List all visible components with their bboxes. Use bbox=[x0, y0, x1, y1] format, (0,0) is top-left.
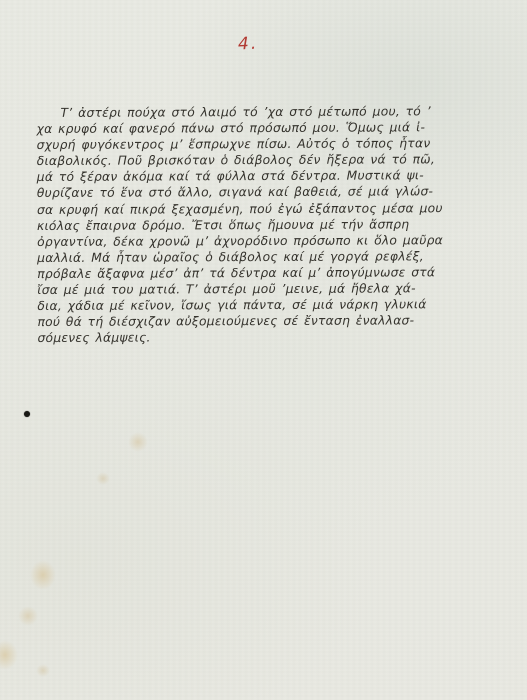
manuscript-line: ὀργαντίνα, δέκα χρονῶ μ’ ἀχνορόδινο πρόσ… bbox=[37, 232, 509, 250]
stain bbox=[96, 472, 110, 485]
manuscript-line: σόμενες λάμψεις. bbox=[37, 328, 509, 346]
manuscript-text-block: Τ’ ἀστέρι πούχα στό λαιμό τό ’χα στό μέτ… bbox=[36, 103, 509, 346]
manuscript-line: σα κρυφή καί πικρά ξεχασμένη, πού ἐγώ ἐξ… bbox=[37, 200, 509, 218]
ink-dot bbox=[24, 411, 30, 417]
stain bbox=[36, 664, 50, 677]
stain bbox=[30, 560, 56, 590]
stain bbox=[18, 606, 38, 626]
stain bbox=[128, 432, 148, 452]
page-number: 4. bbox=[238, 34, 259, 55]
manuscript-page: 4. Τ’ ἀστέρι πούχα στό λαιμό τό ’χα στό … bbox=[0, 0, 527, 700]
stain bbox=[0, 640, 18, 670]
